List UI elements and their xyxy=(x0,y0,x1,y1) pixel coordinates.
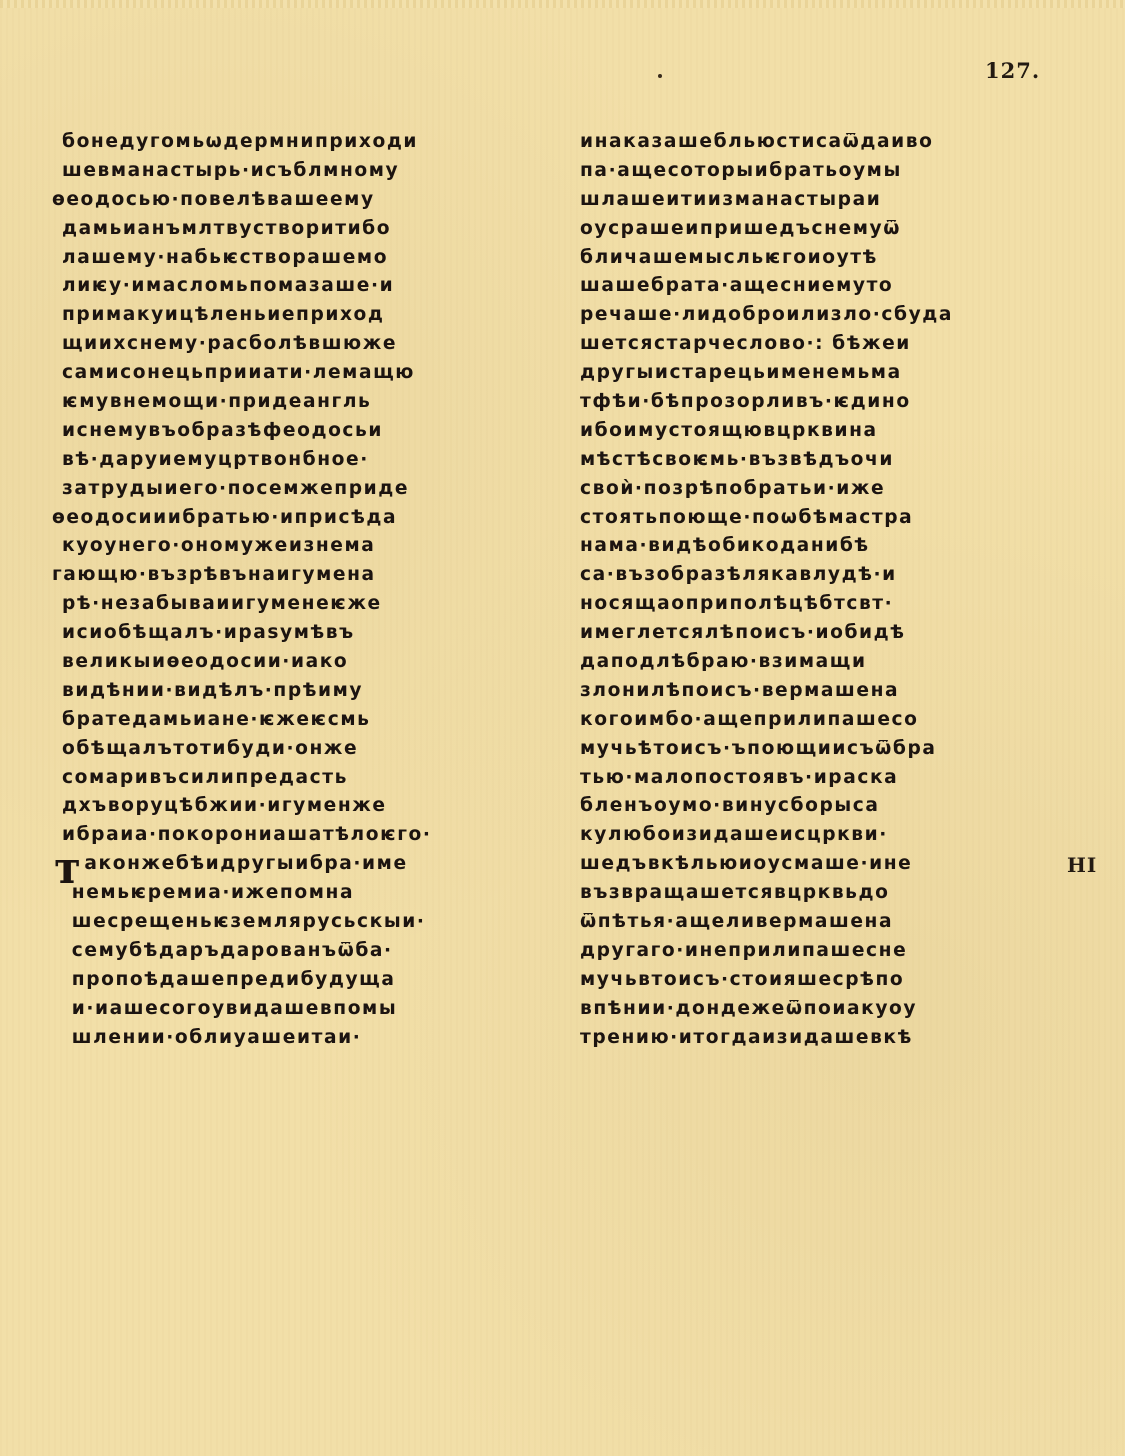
text-line: тью·малопостоявъ·ираска xyxy=(580,763,1050,792)
text-line: рѣ·незабываиигуменеѥже xyxy=(62,589,532,618)
text-line: стоятьпоюще·поѡбѣмастра xyxy=(580,503,1050,532)
text-line: впѣнии·дондежеѿпоиакуоу xyxy=(580,994,1050,1023)
text-line: шетсястарчеслово·: Бѣжеи xyxy=(580,329,1050,358)
text-line: иснемувъобразѣфеодосьи xyxy=(62,416,532,445)
text-line: шлашеитиизманастыраи xyxy=(580,185,1050,214)
text-line: шлении·облиуашеитаи· xyxy=(62,1023,532,1052)
text-line: даподлѣбраю·взимащи xyxy=(580,647,1050,676)
text-line: нама·видѣобикоданибѣ xyxy=(580,531,1050,560)
text-line: оусрашеипришедъснемуѿ xyxy=(580,214,1050,243)
text-line: великыиѳеодосии·иако xyxy=(62,647,532,676)
text-line: ѳеодосью·повелѣвашеему xyxy=(52,185,532,214)
margin-note: НІ xyxy=(1067,853,1097,877)
text-line-with-initial: Таконжебѣидругыибра·име xyxy=(62,849,532,878)
text-line: семубѣдаръдарованъѿба· xyxy=(62,936,532,965)
text-line: мучьѣтоисъ·ъпоющиисъѿбра xyxy=(580,734,1050,763)
text-line: инаказашебльюстисаѿдаиво xyxy=(580,127,1050,156)
text-line: дамьианъмлтвустворитибо xyxy=(62,214,532,243)
left-text-column: бонедугомьѡдермниприходи шевманастырь·ис… xyxy=(62,127,542,1052)
text-line: гающю·възрѣвънаигумена xyxy=(52,560,532,589)
text-line: ѳеодосииибратью·иприсѣда xyxy=(52,503,532,532)
text-line: шашебрата·ащесниемуто xyxy=(580,271,1050,300)
text-line: шедъвкѣльюиоусмаше·ине xyxy=(580,849,1050,878)
text-line: немьѥремиа·ижепомна xyxy=(62,878,532,907)
text-line: ѥмувнемощи·придеангль xyxy=(62,387,532,416)
text-line: бленъоумо·винусборыса xyxy=(580,791,1050,820)
text-line: братедамьиане·ѥжеѥсмь xyxy=(62,705,532,734)
text-line: бличашемысльѥгоиоутѣ xyxy=(580,243,1050,272)
text-line: имеглетсялѣпоисъ·иобидѣ xyxy=(580,618,1050,647)
text-line: злонилѣпоисъ·вермашена xyxy=(580,676,1050,705)
text-line: мѣстѣсвоѥмь·възвѣдъочи xyxy=(580,445,1050,474)
text-line: пропоѣдашепредибудуща xyxy=(62,965,532,994)
page-top-edge xyxy=(0,0,1125,8)
text-line: примакуицѣленьиеприход xyxy=(62,300,532,329)
text-line: ѿпѣтья·ащеливермашена xyxy=(580,907,1050,936)
text-line: когоимбо·ащеприлипашесо xyxy=(580,705,1050,734)
text-line: кулюбоизидашеисцркви· xyxy=(580,820,1050,849)
text-line: речаше·лидоброилизло·сбуда xyxy=(580,300,1050,329)
text-line: па·ащесоторыибратьоумы xyxy=(580,156,1050,185)
text-line: сомаривъсилипредасть xyxy=(62,763,532,792)
ink-speck xyxy=(658,74,662,78)
text-line: лиѥу·имасломьпомазаше·и xyxy=(62,271,532,300)
page-number: 127. xyxy=(985,58,1040,83)
text-line: ибраиа·покорониашатѣлоѥго· xyxy=(62,820,532,849)
text-line: и·иашесогоувидашевпомы xyxy=(62,994,532,1023)
text-line: видѣнии·видѣлъ·прѣиму xyxy=(62,676,532,705)
text-line: другыистарецьименемьма xyxy=(580,358,1050,387)
text-line: самисонецьприиати·лемащю xyxy=(62,358,532,387)
text-line: затрудыиего·посемжеприде xyxy=(62,474,532,503)
text-line: своѝ·позрѣпобратьи·иже xyxy=(580,474,1050,503)
text-line-content: аконжебѣидругыибра·име xyxy=(84,852,407,874)
text-line: бонедугомьѡдермниприходи xyxy=(62,127,532,156)
text-line: шевманастырь·исъблмному xyxy=(62,156,532,185)
text-line: мучьвтоисъ·стоияшесрѣпо xyxy=(580,965,1050,994)
text-line: трению·итогдаизидашевкѣ xyxy=(580,1023,1050,1052)
text-line: дхъворуцѣбжии·игуменже xyxy=(62,791,532,820)
text-line: вѣ·даруиемуцртвонбное· xyxy=(62,445,532,474)
text-line: тфѣи·бѣпрозорливъ·ѥдино xyxy=(580,387,1050,416)
right-text-column: инаказашебльюстисаѿдаиво па·ащесоторыибр… xyxy=(580,127,1060,1052)
text-line: лашему·набьѥстворашемо xyxy=(62,243,532,272)
text-line: ибоимустоящювцрквина xyxy=(580,416,1050,445)
text-line: исиобѣщалъ·ираѕумѣвъ xyxy=(62,618,532,647)
text-line: щиихснему·расболѣвшюже xyxy=(62,329,532,358)
text-line: шесрещеньѥземлярусьскыи· xyxy=(62,907,532,936)
text-line: куоунего·ономужеизнема xyxy=(62,531,532,560)
text-line: обѣщалътотибуди·онже xyxy=(62,734,532,763)
text-line: са·възобразѣлякавлудѣ·и xyxy=(580,560,1050,589)
text-line: възвращашетсявцрквьдо xyxy=(580,878,1050,907)
text-line: другаго·инеприлипашесне xyxy=(580,936,1050,965)
text-line: носящаоприполѣцѣбтсвт· xyxy=(580,589,1050,618)
